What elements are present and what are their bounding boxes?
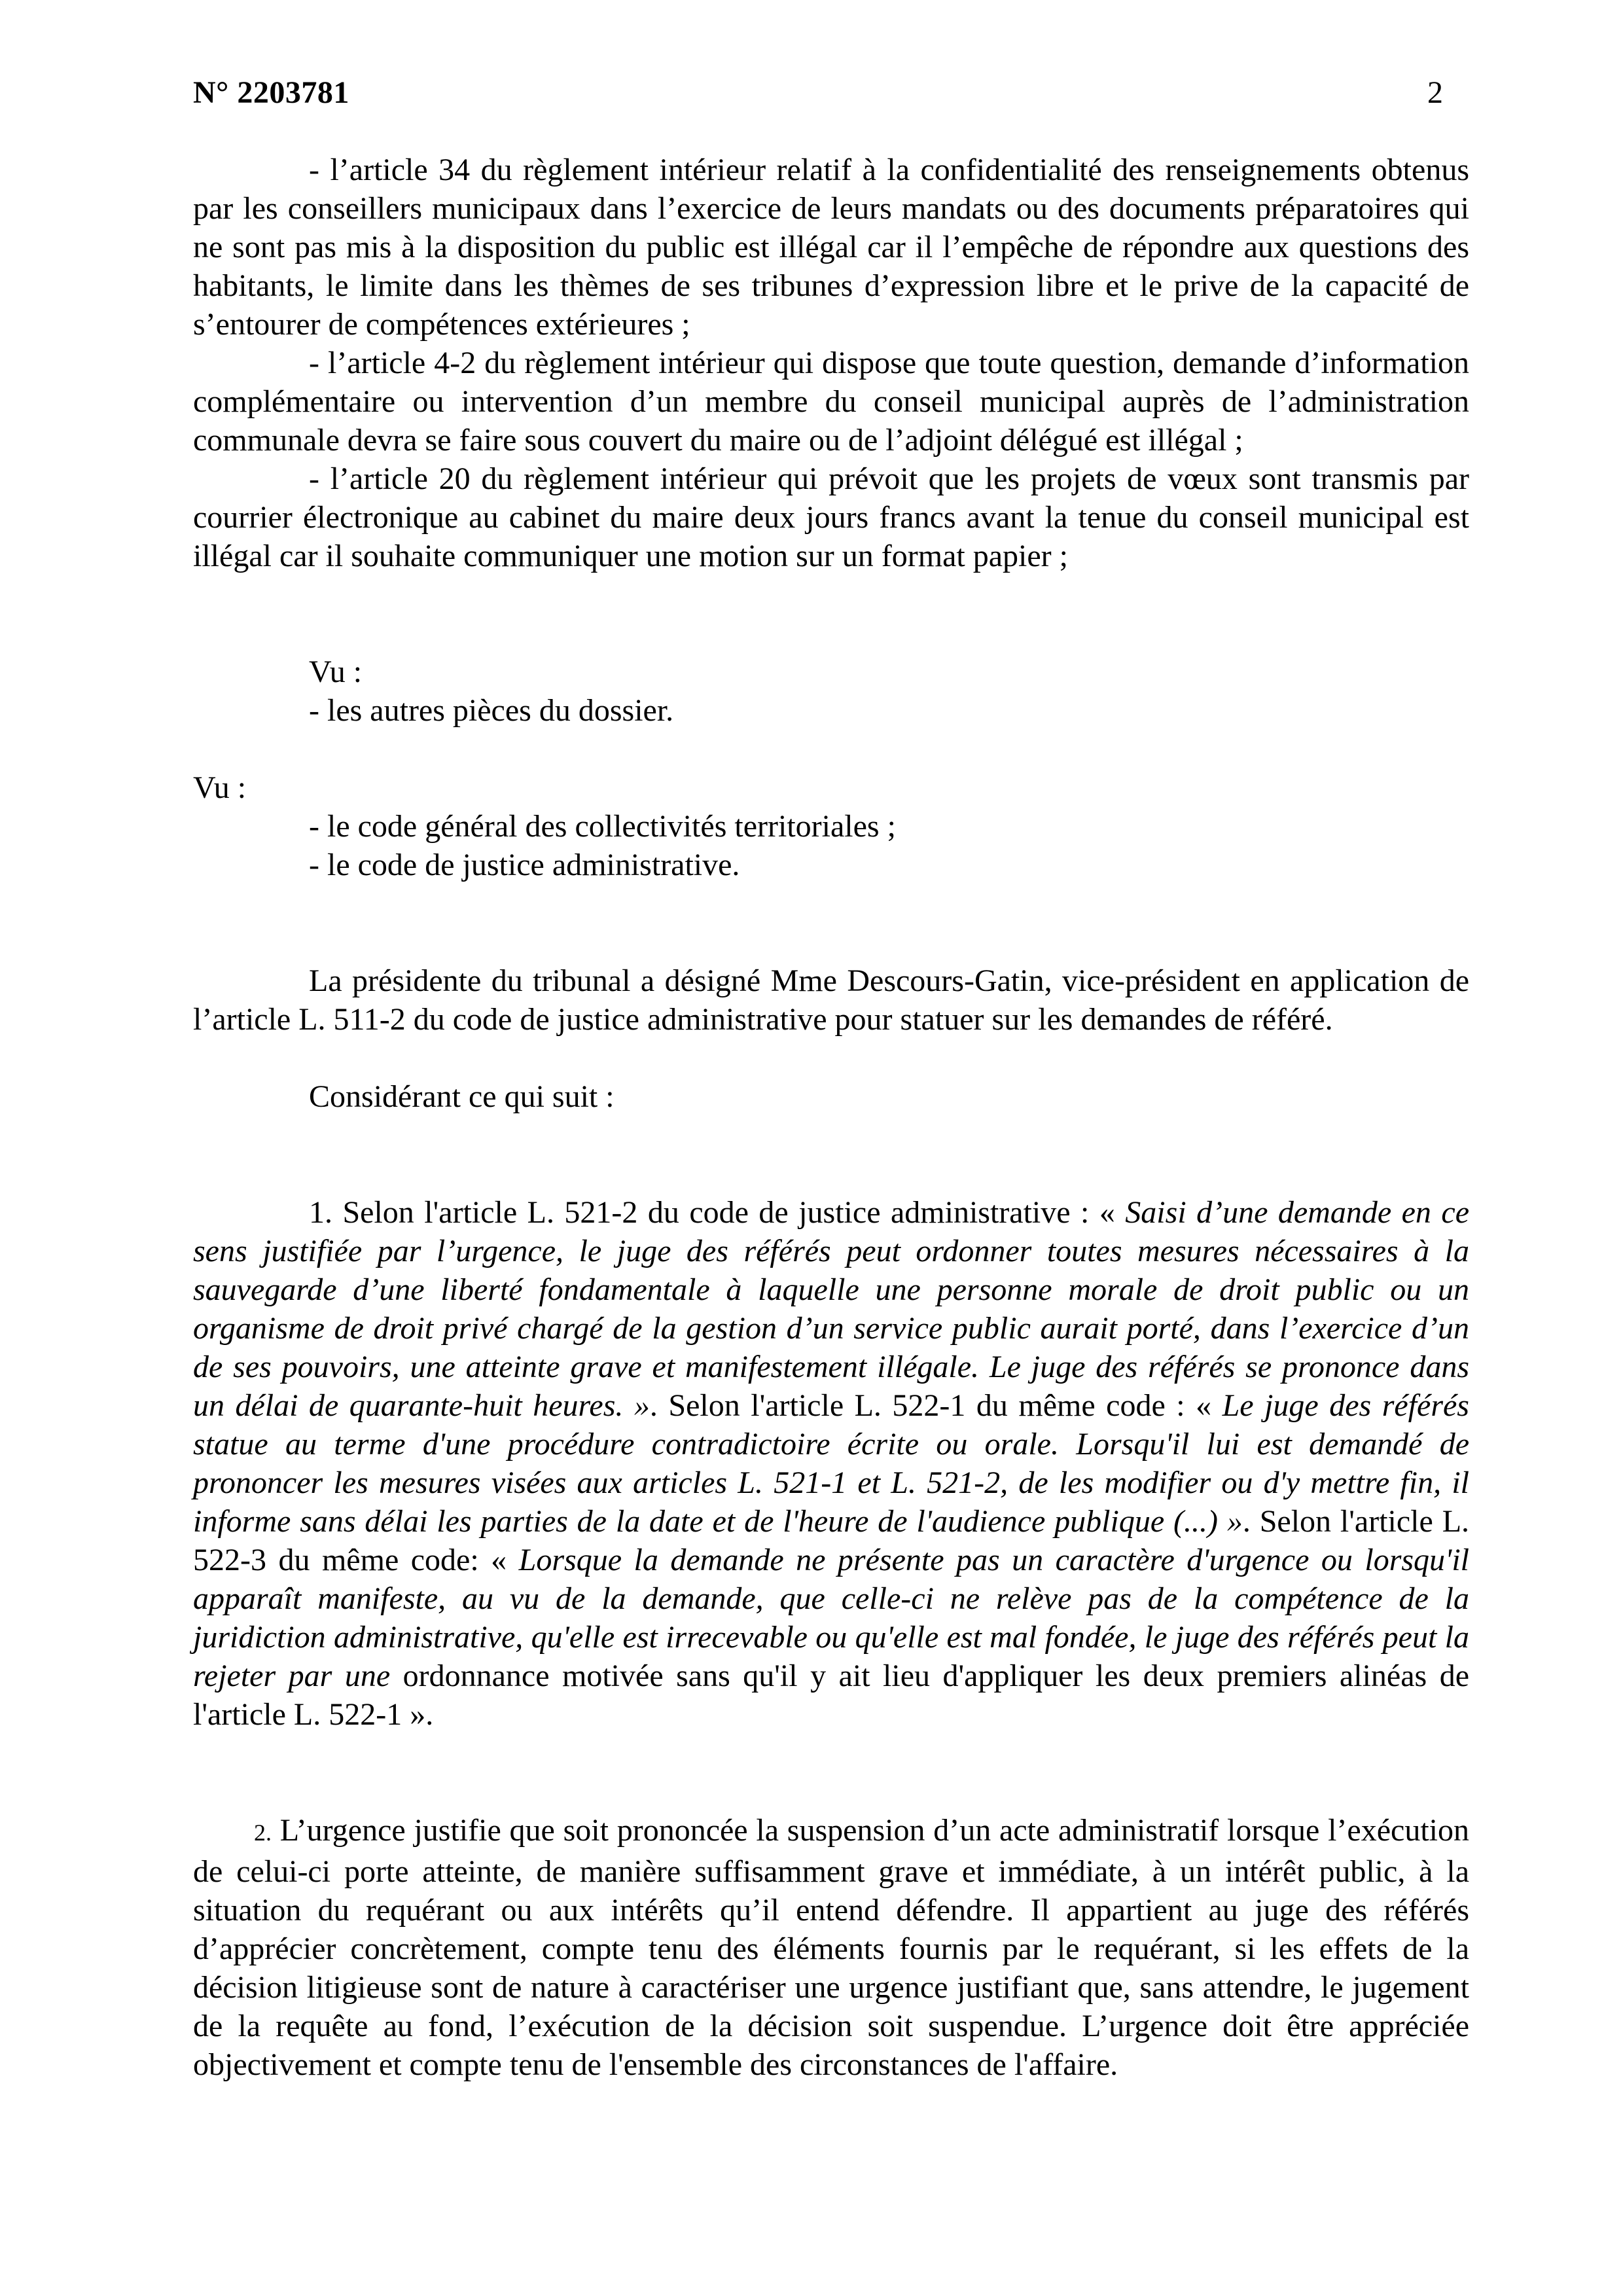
text-run: - le code de justice administrative. xyxy=(309,848,740,882)
paragraph-article-4-2: - l’article 4-2 du règlement intérieur q… xyxy=(193,344,1469,459)
text-run: Considérant ce qui suit : xyxy=(309,1079,615,1114)
vu-heading-1: Vu : xyxy=(193,653,1469,691)
document-body: - l’article 34 du règlement intérieur re… xyxy=(193,151,1469,2084)
considerant-heading: Considérant ce qui suit : xyxy=(193,1077,1469,1116)
paragraph-designation-juge: La présidente du tribunal a désigné Mme … xyxy=(193,961,1469,1039)
paragraph-point-1: 1. Selon l'article L. 521-2 du code de j… xyxy=(193,1193,1469,1734)
page-number: 2 xyxy=(1427,73,1469,112)
paragraph-article-34: - l’article 34 du règlement intérieur re… xyxy=(193,151,1469,344)
text-run: . Selon l'article L. 522-1 du même code … xyxy=(650,1388,1222,1423)
text-run: La présidente du tribunal a désigné Mme … xyxy=(193,963,1469,1037)
vu-item-autres-pieces: - les autres pièces du dossier. xyxy=(193,691,1469,730)
text-run: - l’article 34 du règlement intérieur re… xyxy=(193,152,1469,342)
text-run: Vu : xyxy=(309,655,362,689)
text-run: - l’article 4-2 du règlement intérieur q… xyxy=(193,346,1469,457)
document-page: N° 2203781 2 - l’article 34 du règlement… xyxy=(0,0,1623,2296)
paragraph-article-20: - l’article 20 du règlement intérieur qu… xyxy=(193,459,1469,575)
text-run: Vu : xyxy=(193,770,246,805)
vu-heading-2: Vu : xyxy=(193,768,1469,807)
paragraph-point-2: 2. L’urgence justifie que soit prononcée… xyxy=(193,1811,1469,2084)
text-run: 2. xyxy=(254,1820,272,1846)
text-run: 1. Selon l'article L. 521-2 du code de j… xyxy=(309,1195,1125,1230)
text-run: - le code général des collectivités terr… xyxy=(309,809,896,844)
text-run: - les autres pièces du dossier. xyxy=(309,693,673,728)
vu-item-code-collectivites: - le code général des collectivités terr… xyxy=(193,807,1469,846)
text-run: - l’article 20 du règlement intérieur qu… xyxy=(193,461,1469,573)
case-number: N° 2203781 xyxy=(193,73,349,112)
vu-item-code-justice: - le code de justice administrative. xyxy=(193,846,1469,884)
text-run: L’urgence justifie que soit prononcée la… xyxy=(193,1813,1469,2082)
page-header: N° 2203781 2 xyxy=(193,73,1469,112)
